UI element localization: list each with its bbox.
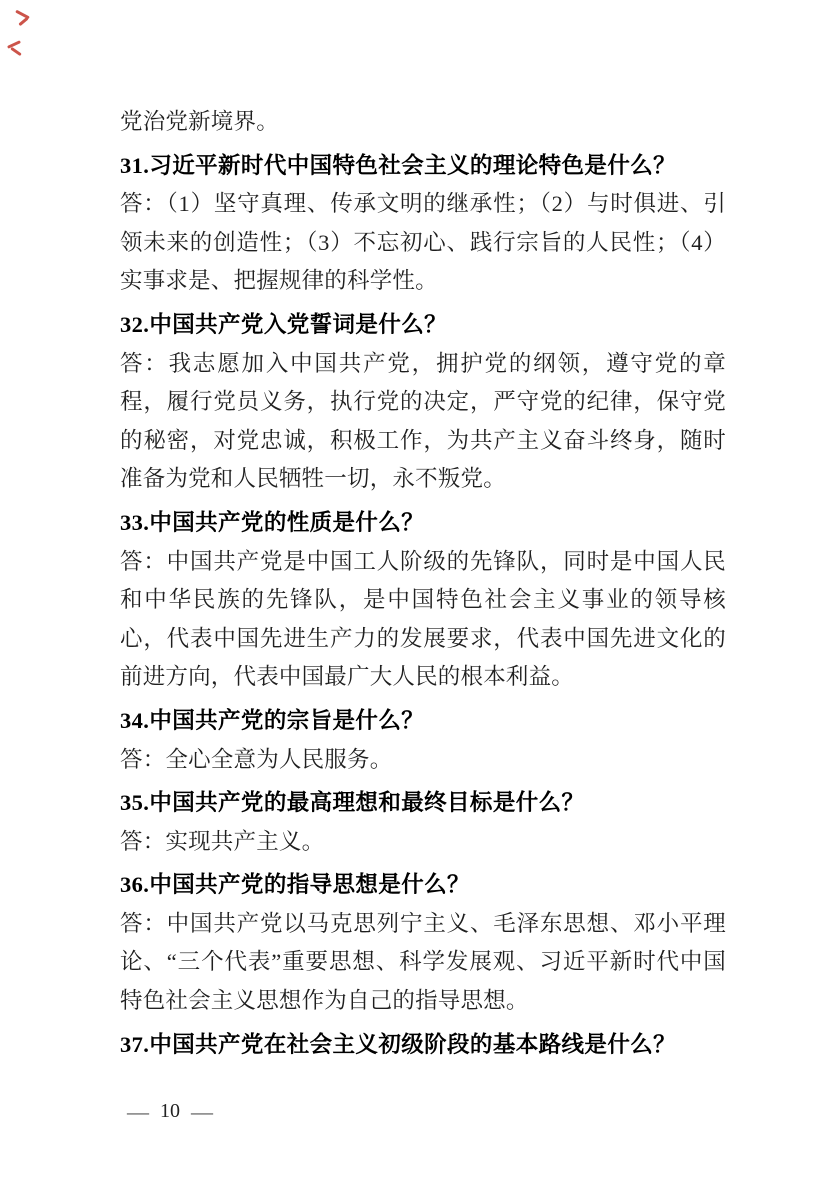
- answer-paragraph: 答：实现共产主义。: [120, 823, 726, 862]
- red-scribble-icon: [6, 36, 26, 60]
- red-annotation-marks: [4, 4, 40, 64]
- footer-dash-right: —: [191, 1102, 213, 1122]
- page-number: 10: [160, 1100, 180, 1123]
- question-heading: 33.中国共产党的性质是什么？: [120, 504, 726, 543]
- answer-paragraph: 答：（1）坚守真理、传承文明的继承性；（2）与时俱进、引领未来的创造性；（3）不…: [120, 185, 726, 301]
- answer-paragraph: 答：中国共产党以马克思列宁主义、毛泽东思想、邓小平理论、“三个代表”重要思想、科…: [120, 905, 726, 1021]
- answer-paragraph: 答：我志愿加入中国共产党，拥护党的纲领，遵守党的章程，履行党员义务，执行党的决定…: [120, 345, 726, 499]
- question-heading: 32.中国共产党入党誓词是什么？: [120, 306, 726, 345]
- question-heading: 36.中国共产党的指导思想是什么？: [120, 866, 726, 905]
- question-heading: 34.中国共产党的宗旨是什么？: [120, 702, 726, 741]
- question-heading: 35.中国共产党的最高理想和最终目标是什么？: [120, 784, 726, 823]
- document-content: 党治党新境界。31.习近平新时代中国特色社会主义的理论特色是什么？答：（1）坚守…: [120, 103, 726, 1064]
- document-page: 党治党新境界。31.习近平新时代中国特色社会主义的理论特色是什么？答：（1）坚守…: [0, 0, 840, 1188]
- footer-dash-left: —: [127, 1102, 149, 1122]
- page-footer: — 10 —: [127, 1100, 213, 1123]
- answer-paragraph: 党治党新境界。: [120, 103, 726, 142]
- red-scribble-icon: [13, 7, 33, 31]
- question-heading: 37.中国共产党在社会主义初级阶段的基本路线是什么？: [120, 1026, 726, 1065]
- answer-paragraph: 答：中国共产党是中国工人阶级的先锋队，同时是中国人民和中华民族的先锋队，是中国特…: [120, 543, 726, 697]
- question-heading: 31.习近平新时代中国特色社会主义的理论特色是什么？: [120, 147, 726, 186]
- answer-paragraph: 答：全心全意为人民服务。: [120, 741, 726, 780]
